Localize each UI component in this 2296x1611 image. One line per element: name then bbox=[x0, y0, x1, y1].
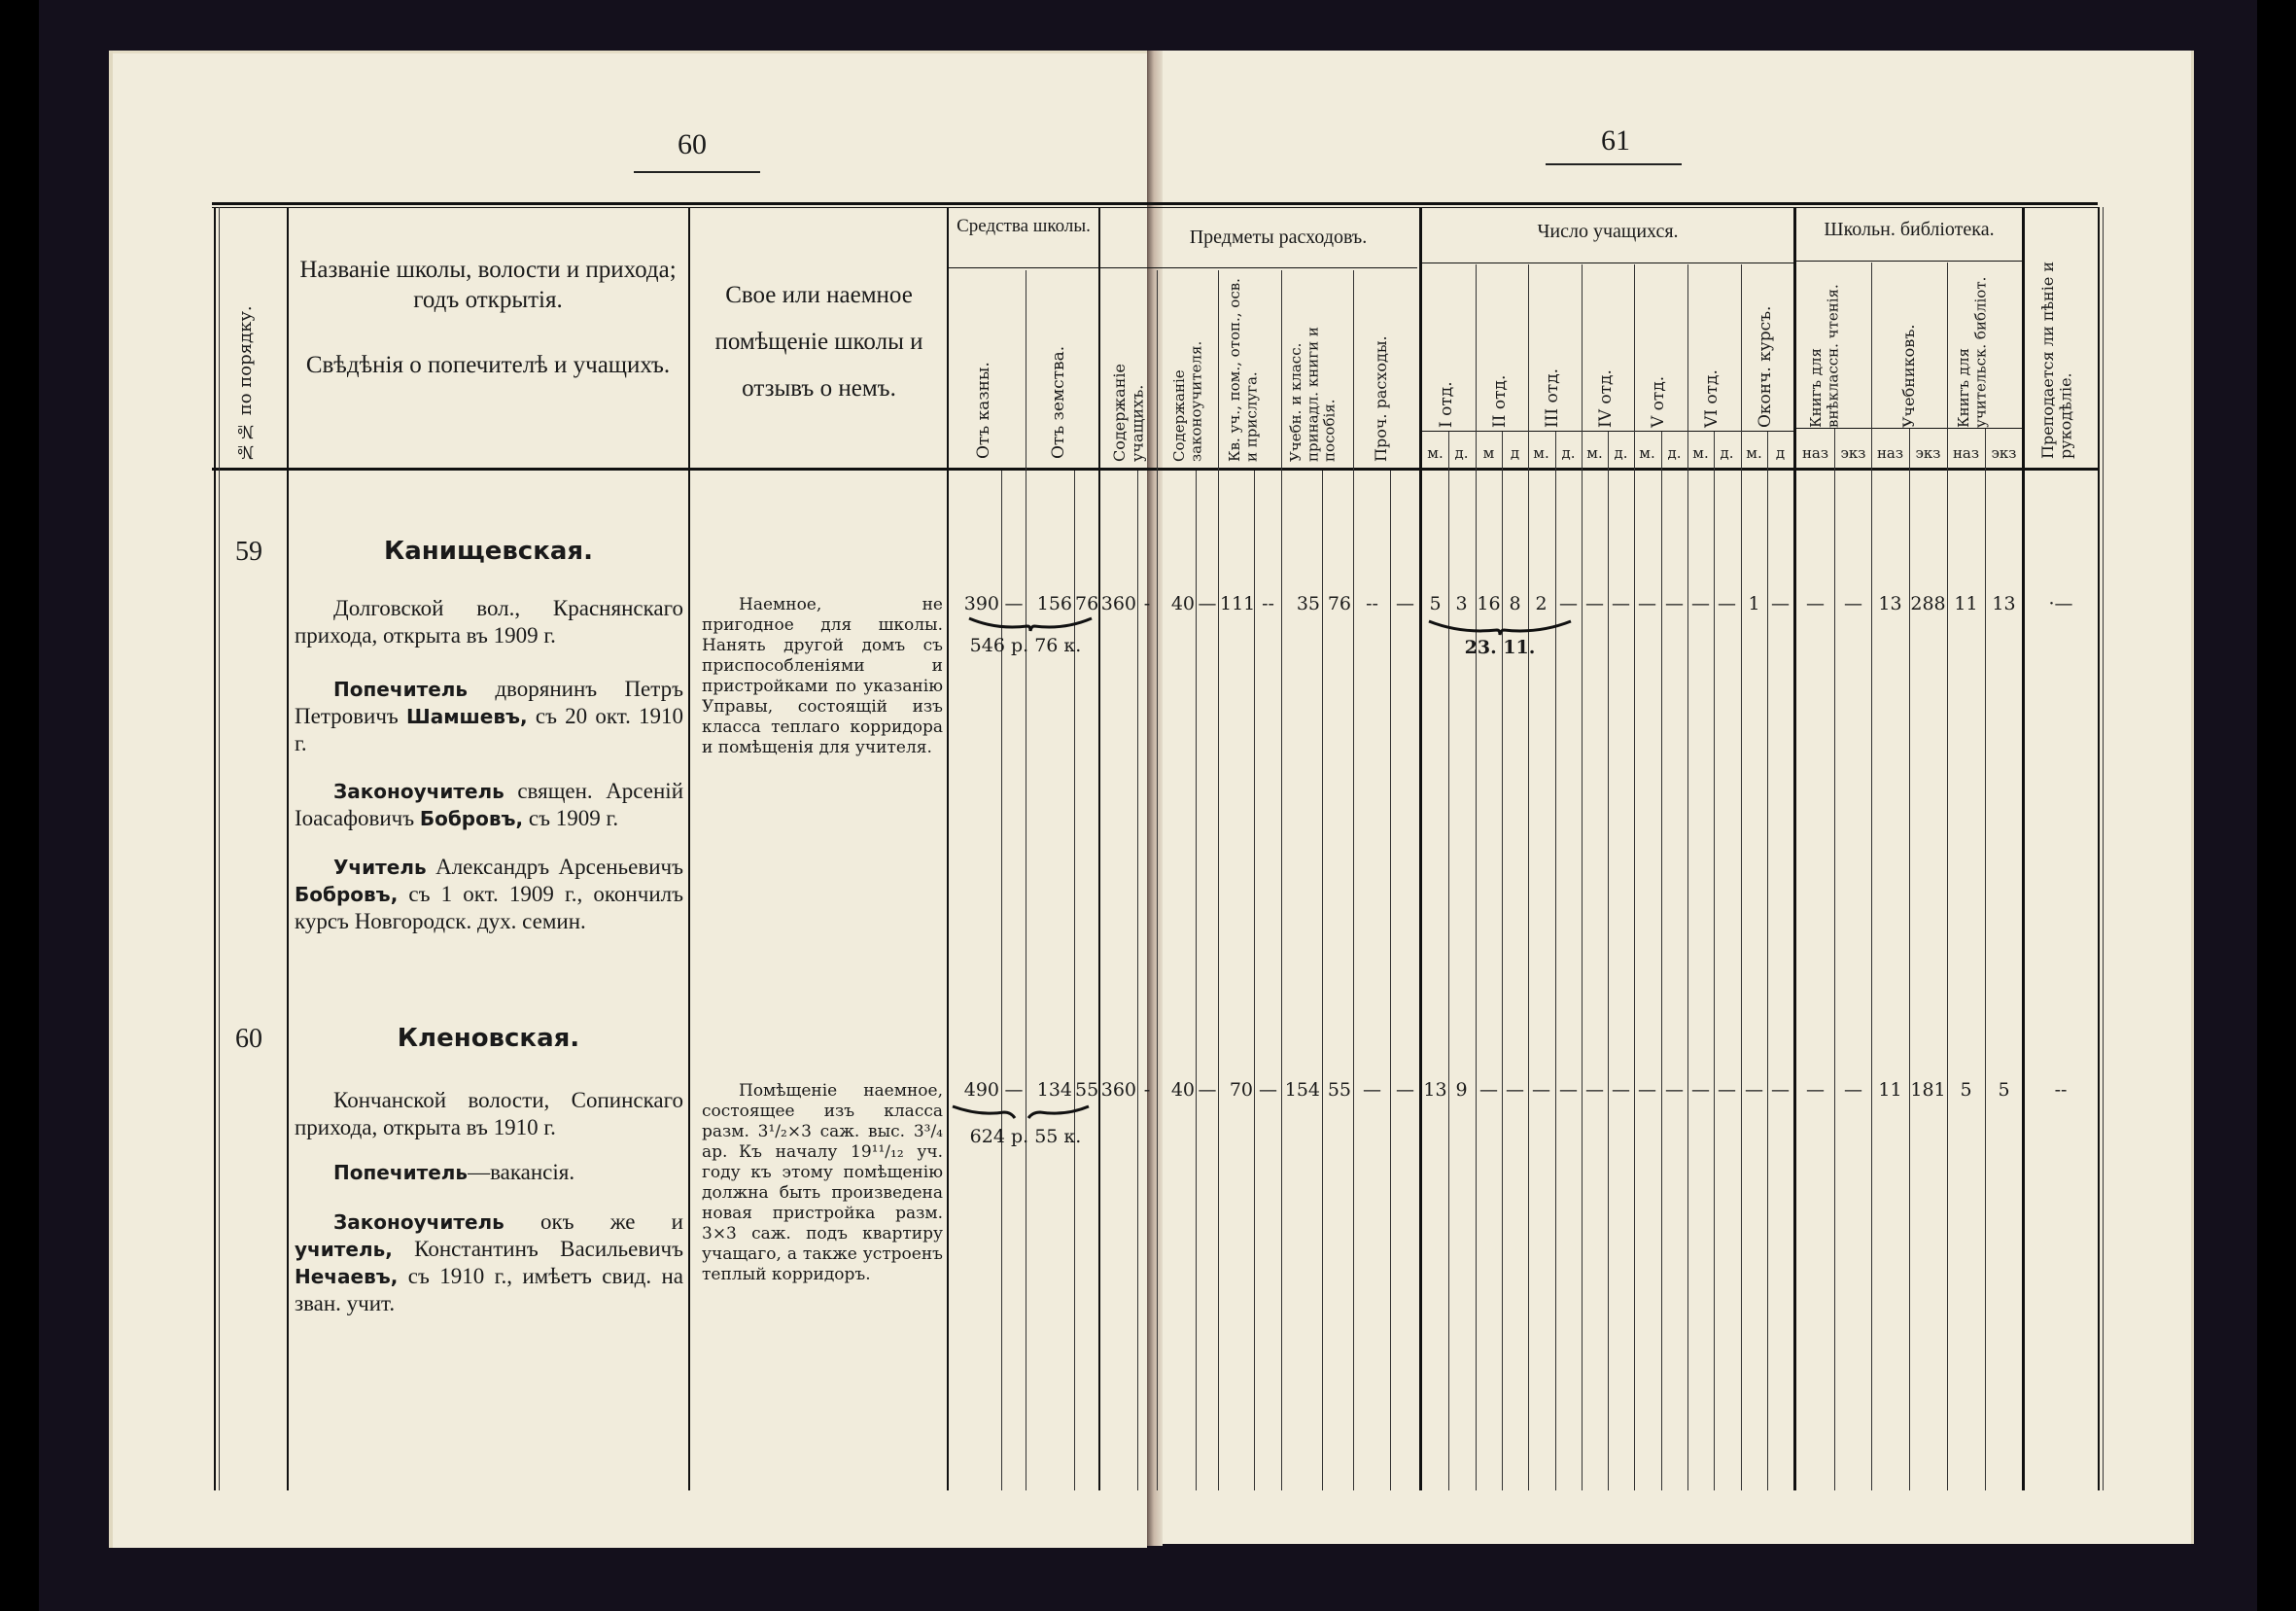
book-gutter bbox=[1147, 51, 1163, 1546]
library-count: 288 bbox=[1909, 593, 1947, 614]
header-trustee-info: Свѣдѣнія о попечителѣ и учащихъ. bbox=[290, 350, 686, 380]
col-divider bbox=[688, 207, 690, 1490]
library-col-divider bbox=[1985, 429, 1986, 1490]
funds-treasury-kop: — bbox=[1003, 593, 1025, 614]
header-students-col: III отд. bbox=[1544, 321, 1563, 428]
library-count: 5 bbox=[1985, 1079, 2023, 1101]
teacher-text: Александръ Арсеньевичъ bbox=[435, 855, 683, 879]
library-count: 13 bbox=[1985, 593, 2023, 614]
funds-zemstvo-kop: 76 bbox=[1075, 593, 1096, 614]
exp-books-rub: 35 bbox=[1283, 593, 1320, 614]
students-col-divider bbox=[1608, 432, 1609, 1490]
col-divider bbox=[287, 207, 289, 1490]
page-number-rule bbox=[1546, 163, 1682, 165]
students-count: 13 bbox=[1422, 1079, 1448, 1101]
header-library-sub: экз bbox=[1985, 444, 2023, 462]
row-number: 59 bbox=[235, 537, 262, 568]
students-count: — bbox=[1608, 1079, 1634, 1101]
school-name: Канищевская. bbox=[292, 537, 685, 566]
exp-teachers-kop: - bbox=[1139, 1079, 1155, 1101]
exp-books-kop: 55 bbox=[1324, 1079, 1351, 1101]
students-count: 9 bbox=[1448, 1079, 1475, 1101]
funds-zemstvo-kop: 55 bbox=[1075, 1079, 1096, 1101]
kopeck-divider bbox=[1137, 471, 1138, 1490]
students-count: — bbox=[1687, 593, 1714, 614]
header-funds-treasury: Отъ казны. bbox=[975, 321, 994, 459]
header-lib-extracurricular: Книгъ для внѣклассн. чтенія. bbox=[1808, 267, 1864, 428]
school-location: Долговской вол., Краснянскаго прихода, о… bbox=[295, 595, 683, 649]
exp-other-kop: — bbox=[1392, 593, 1418, 614]
students-count: — bbox=[1528, 1079, 1554, 1101]
col-divider bbox=[1098, 207, 1100, 1490]
students-group-rule bbox=[1422, 263, 1793, 263]
header-students-group: Число учащихся. bbox=[1422, 220, 1793, 244]
expenses-divider bbox=[1218, 270, 1219, 1490]
school-location: Кончанской волости, Сопинскаго прихода, … bbox=[295, 1087, 683, 1141]
header-library-sub: наз bbox=[1796, 444, 1834, 462]
table-left-border bbox=[214, 207, 216, 1490]
students-col-divider bbox=[1714, 432, 1715, 1490]
exp-books-rub: 154 bbox=[1283, 1079, 1320, 1101]
header-library-sub: экз bbox=[1834, 444, 1872, 462]
teacher-text: Константинъ Васильевичъ bbox=[414, 1237, 683, 1261]
funds-treasury-kop: — bbox=[1003, 1079, 1025, 1101]
students-col-divider bbox=[1661, 432, 1662, 1490]
law-teacher-date: съ 1909 г. bbox=[529, 806, 618, 830]
library-col-divider bbox=[1834, 429, 1835, 1490]
header-exp-books: Учебн. и класс. принадл. книги и пособія… bbox=[1288, 272, 1350, 462]
teacher-name: Бобровъ, bbox=[295, 883, 398, 906]
header-students-sub: м. bbox=[1741, 444, 1767, 462]
exp-law-rub: 40 bbox=[1162, 1079, 1195, 1101]
header-bottom-rule bbox=[212, 468, 2098, 471]
kopeck-divider bbox=[1322, 471, 1323, 1490]
students-count: — bbox=[1634, 1079, 1660, 1101]
students-count: 16 bbox=[1476, 593, 1502, 614]
table-right-border-outer bbox=[2103, 207, 2104, 1490]
funds-zemstvo-rub: 134 bbox=[1030, 1079, 1072, 1101]
kopeck-divider bbox=[1254, 471, 1255, 1490]
students-count: — bbox=[1767, 1079, 1793, 1101]
funds-group-rule bbox=[949, 267, 1098, 268]
col-divider bbox=[1793, 207, 1796, 1490]
teacher-info: Учитель Александръ Арсеньевичъ Бобровъ, … bbox=[295, 854, 683, 935]
school-name: Кленовская. bbox=[292, 1024, 685, 1053]
exp-quarters-rub: 70 bbox=[1220, 1079, 1253, 1101]
students-col-divider bbox=[1502, 432, 1503, 1490]
trustee-label: Попечитель bbox=[333, 1161, 468, 1184]
students-count: 3 bbox=[1448, 593, 1475, 614]
library-count: — bbox=[1796, 593, 1834, 614]
header-lib-textbooks: Учебниковъ. bbox=[1900, 287, 1918, 428]
kopeck-divider bbox=[1390, 471, 1391, 1490]
library-count: — bbox=[1834, 1079, 1872, 1101]
students-count: — bbox=[1582, 1079, 1608, 1101]
exp-law-kop: — bbox=[1198, 593, 1217, 614]
header-students-sub: м. bbox=[1528, 444, 1554, 462]
funds-zemstvo-rub: 156 bbox=[1030, 593, 1072, 614]
law-teacher-name: Бобровъ, bbox=[420, 807, 523, 830]
row-number: 60 bbox=[235, 1024, 262, 1055]
teacher-name: Нечаевъ, bbox=[295, 1265, 398, 1288]
header-students-sub: м. bbox=[1422, 444, 1448, 462]
students-count: — bbox=[1687, 1079, 1714, 1101]
students-count: — bbox=[1741, 1079, 1767, 1101]
table-left-border-inner bbox=[219, 207, 220, 1490]
header-students-col: II отд. bbox=[1491, 321, 1511, 428]
page-number-right: 61 bbox=[1601, 124, 1630, 158]
students-count: — bbox=[1661, 1079, 1687, 1101]
library-count: 5 bbox=[1947, 1079, 1985, 1101]
library-col-divider bbox=[1909, 429, 1910, 1490]
singing-crafts-value: -- bbox=[2024, 1079, 2098, 1101]
exp-quarters-kop: -- bbox=[1256, 593, 1280, 614]
exp-teachers-rub: 360 bbox=[1100, 1079, 1136, 1101]
col-divider bbox=[1419, 207, 1422, 1490]
page-number-rule bbox=[634, 171, 760, 173]
expenses-divider bbox=[1353, 270, 1354, 1490]
exp-teachers-rub: 360 bbox=[1100, 593, 1136, 614]
library-count: — bbox=[1796, 1079, 1834, 1101]
law-teacher-label: Законоучитель bbox=[333, 780, 504, 803]
students-count: — bbox=[1767, 593, 1793, 614]
students-count: 1 bbox=[1741, 593, 1767, 614]
header-students-col: IV отд. bbox=[1597, 321, 1617, 428]
header-students-sub: д. bbox=[1555, 444, 1582, 462]
expenses-divider bbox=[1281, 270, 1282, 1490]
students-col-divider bbox=[1448, 432, 1449, 1490]
header-students-sub: д bbox=[1502, 444, 1528, 462]
library-count: — bbox=[1834, 593, 1872, 614]
header-lib-teachers: Книгъ для учительск. библіот. bbox=[1956, 267, 2012, 428]
library-group-rule bbox=[1796, 261, 2022, 262]
header-singing-crafts: Преподается ли пѣніе и рукодѣліе. bbox=[2039, 216, 2088, 459]
students-count: — bbox=[1661, 593, 1687, 614]
library-count: 13 bbox=[1871, 593, 1909, 614]
funds-divider bbox=[1026, 270, 1026, 1490]
header-students-sub: д. bbox=[1661, 444, 1687, 462]
trustee-info: Попечитель—вакансія. bbox=[295, 1159, 683, 1186]
students-count: — bbox=[1502, 1079, 1528, 1101]
students-count: — bbox=[1714, 593, 1740, 614]
expenses-divider bbox=[1157, 270, 1158, 1490]
singing-crafts-value: ·— bbox=[2024, 593, 2098, 614]
exp-law-rub: 40 bbox=[1162, 593, 1195, 614]
header-premises: Свое или наемное помѣщеніе школы и отзыв… bbox=[700, 272, 938, 412]
exp-quarters-rub: 111 bbox=[1220, 593, 1253, 614]
header-students-col: Оконч. курсъ. bbox=[1757, 272, 1776, 428]
exp-other-kop: — bbox=[1392, 1079, 1418, 1101]
students-count: — bbox=[1555, 593, 1582, 614]
header-students-sub: м. bbox=[1687, 444, 1714, 462]
students-count: — bbox=[1608, 593, 1634, 614]
funds-treasury-rub: 390 bbox=[962, 593, 999, 614]
page-number-left: 60 bbox=[678, 128, 707, 161]
header-students-sub: м. bbox=[1634, 444, 1660, 462]
students-count: 5 bbox=[1422, 593, 1448, 614]
header-students-sub: м bbox=[1476, 444, 1502, 462]
funds-brace-icon bbox=[967, 614, 1094, 632]
header-exp-other: Проч. расходы. bbox=[1373, 292, 1390, 462]
premises-text: Наемное, не пригодное для школы. Нанять … bbox=[702, 595, 943, 758]
teacher-label: Учитель bbox=[333, 856, 427, 879]
header-students-sub: д. bbox=[1714, 444, 1740, 462]
students-total: 23. 11. bbox=[1427, 637, 1573, 658]
header-students-col: V отд. bbox=[1650, 321, 1669, 428]
header-exp-teachers: Содержаніе учащихъ. bbox=[1111, 297, 1154, 462]
table-right-border bbox=[2098, 207, 2100, 1490]
students-count: — bbox=[1634, 593, 1660, 614]
header-expenses-group: Предметы расходовъ. bbox=[1147, 226, 1409, 250]
funds-total: 624 р. 55 к. bbox=[953, 1126, 1098, 1147]
law-teacher-text: окъ же и bbox=[540, 1209, 683, 1234]
trustee-info: Попечитель дворянинъ Петръ Петровичъ Шам… bbox=[295, 676, 683, 757]
law-teacher-info: Законоучитель окъ же и учитель, Констант… bbox=[295, 1208, 683, 1317]
law-teacher-label: Законоучитель bbox=[333, 1210, 504, 1234]
col-divider bbox=[947, 207, 949, 1490]
exp-books-kop: 76 bbox=[1324, 593, 1351, 614]
header-students-sub: д. bbox=[1608, 444, 1634, 462]
premises-text-part2: Къ началу 19¹¹/₁₂ уч. году къ этому помѣ… bbox=[702, 1142, 943, 1285]
col-divider bbox=[2022, 207, 2025, 1490]
funds-total: 546 р. 76 к. bbox=[953, 635, 1098, 656]
students-count: — bbox=[1714, 1079, 1740, 1101]
funds-brace-icon bbox=[951, 1103, 1092, 1120]
expenses-group-rule bbox=[1100, 267, 1417, 268]
exp-teachers-kop: - bbox=[1139, 593, 1155, 614]
law-teacher-info: Законоучитель священ. Арсеній Іоасафович… bbox=[295, 778, 683, 832]
header-library-sub: наз bbox=[1947, 444, 1985, 462]
header-exp-law-teacher: Содержаніе законоучителя. bbox=[1171, 277, 1214, 462]
library-count: 181 bbox=[1909, 1079, 1947, 1101]
header-library-sub: наз bbox=[1871, 444, 1909, 462]
students-count: — bbox=[1476, 1079, 1502, 1101]
students-count: — bbox=[1555, 1079, 1582, 1101]
exp-other-rub: -- bbox=[1355, 593, 1389, 614]
exp-quarters-kop: — bbox=[1256, 1079, 1280, 1101]
library-count: 11 bbox=[1871, 1079, 1909, 1101]
header-school-name: Названіе школы, волости и прихода; годъ … bbox=[290, 255, 686, 316]
header-students-col: VI отд. bbox=[1703, 321, 1722, 428]
header-students-sub: д. bbox=[1448, 444, 1475, 462]
trustee-label: Попечитель bbox=[333, 678, 468, 701]
funds-treasury-rub: 490 bbox=[962, 1079, 999, 1101]
header-row-number: №№ по порядку. bbox=[236, 243, 257, 462]
header-students-sub: д bbox=[1767, 444, 1793, 462]
exp-law-kop: — bbox=[1198, 1079, 1217, 1101]
exp-other-rub: — bbox=[1355, 1079, 1389, 1101]
header-library-sub: экз bbox=[1909, 444, 1947, 462]
header-library-group: Школьн. библіотека. bbox=[1796, 218, 2022, 242]
header-students-col: I отд. bbox=[1438, 321, 1457, 428]
students-count: — bbox=[1582, 593, 1608, 614]
table-top-rule-thin bbox=[212, 207, 2098, 208]
students-col-divider bbox=[1555, 432, 1556, 1490]
students-count: 2 bbox=[1528, 593, 1554, 614]
kopeck-divider bbox=[1196, 471, 1197, 1490]
header-exp-quarters: Кв. уч., пом., отоп., осв. и прислуга. bbox=[1227, 272, 1277, 462]
students-count: 8 bbox=[1502, 593, 1528, 614]
header-funds-group: Средства школы. bbox=[949, 216, 1098, 237]
library-count: 11 bbox=[1947, 593, 1985, 614]
students-brace-icon bbox=[1427, 618, 1573, 636]
table-top-rule bbox=[212, 202, 2098, 205]
trustee-name: Шамшевъ, bbox=[406, 705, 528, 728]
teacher-label: учитель, bbox=[295, 1238, 393, 1261]
header-students-sub: м. bbox=[1582, 444, 1608, 462]
students-col-divider bbox=[1767, 432, 1768, 1490]
trustee-text: —вакансія. bbox=[468, 1160, 574, 1184]
header-funds-zemstvo: Отъ земства. bbox=[1050, 306, 1069, 459]
